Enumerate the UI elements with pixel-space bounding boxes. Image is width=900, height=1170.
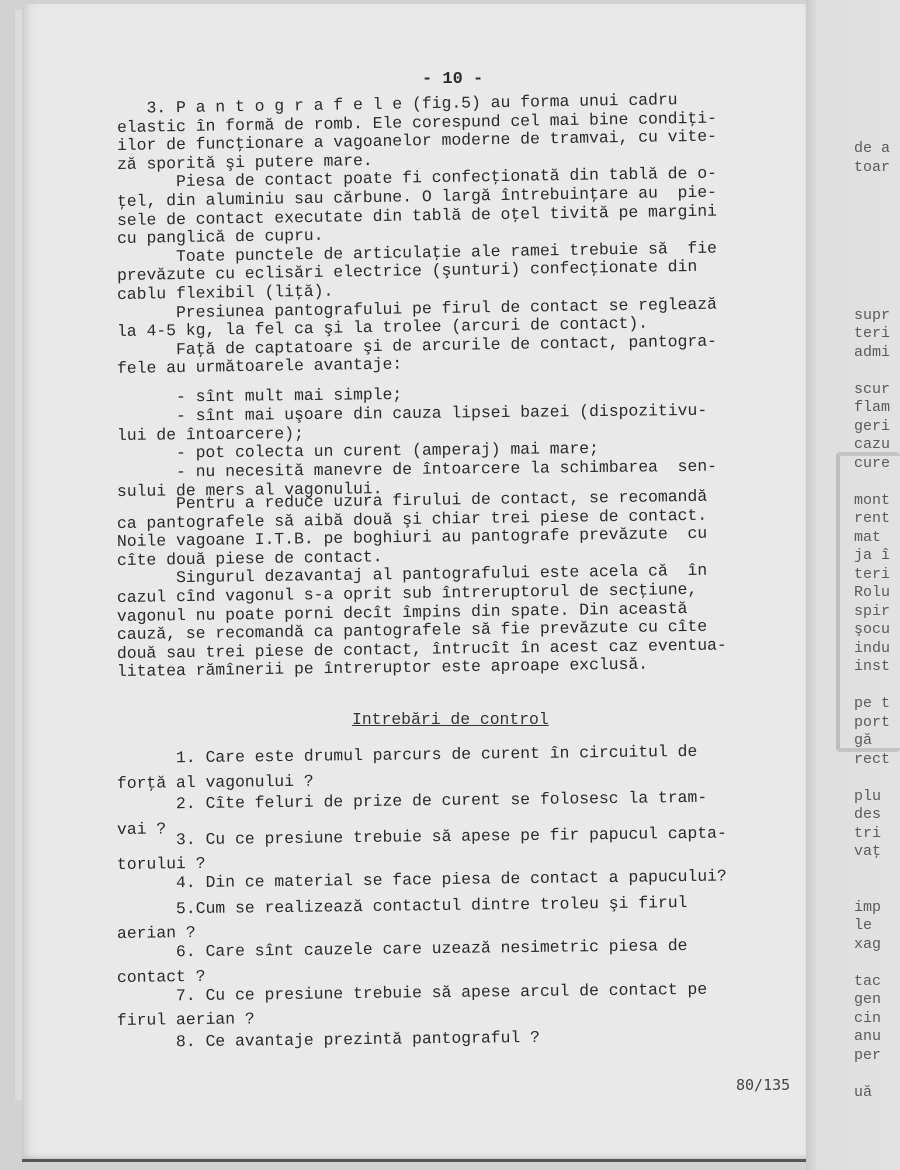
text-line: contact ? — [117, 968, 206, 987]
text-line: 5.Cum se realizează contactul dintre tro… — [117, 894, 688, 919]
text-line: firul aerian ? — [117, 1010, 255, 1030]
text-line: 4. Din ce material se face piesa de cont… — [117, 868, 727, 893]
text-line: fele au următoarele avantaje: — [117, 356, 402, 378]
text-line: aerian ? — [117, 924, 196, 943]
questions-heading: Intrebări de control — [352, 710, 549, 729]
text-line: 1. Care este drumul parcurs de curent în… — [117, 743, 698, 768]
adjacent-page-text: de a toar supr teri admi scur flam geri … — [854, 140, 900, 1102]
text-line: 6. Care sînt cauzele care uzează nesimet… — [117, 937, 688, 962]
folio-number: 80/135 — [736, 1076, 790, 1094]
text-line: - nu necesită manevre de întoarcere la s… — [117, 458, 717, 482]
text-line: 8. Ce avantaje prezintă pantograful ? — [117, 1029, 540, 1052]
page-number: - 10 - — [422, 70, 483, 89]
text-line: 2. Cîte feluri de prize de curent se fol… — [117, 789, 707, 814]
text-line: torului ? — [117, 855, 206, 874]
adjacent-page: de a toar supr teri admi scur flam geri … — [806, 0, 900, 1170]
text-line: forţă al vagonului ? — [117, 773, 314, 793]
document-page: - 10 - 3. P a n t o g r a f e l e (fig.5… — [22, 4, 806, 1162]
text-line: 3. Cu ce presiune trebuie să apese pe fi… — [117, 825, 727, 850]
text-line: - sînt mai uşoare din cauza lipsei bazei… — [117, 402, 707, 426]
